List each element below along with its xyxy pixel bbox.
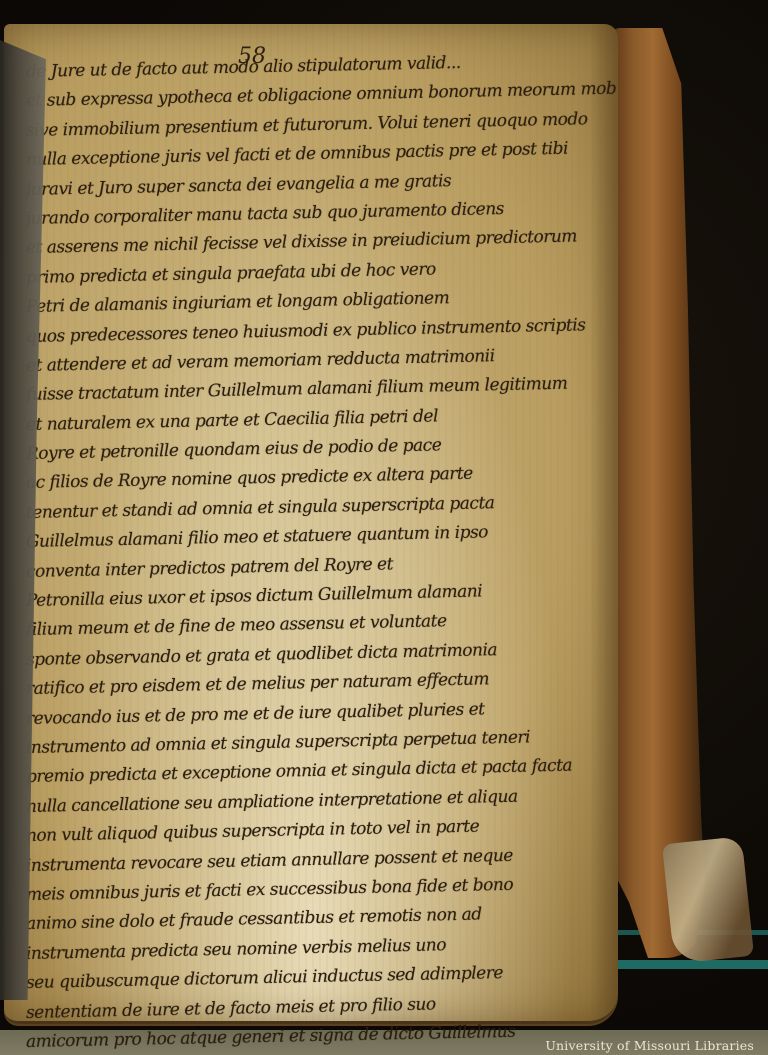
manuscript-page: 58 de Jure ut de facto aut modo alio sti…	[4, 24, 618, 1024]
teal-strip	[610, 960, 768, 969]
manuscript-line: amicorum pro hoc atque generi et signa d…	[26, 1016, 616, 1055]
manuscript-photo: 58 de Jure ut de facto aut modo alio sti…	[0, 0, 768, 1055]
binding-tab	[662, 836, 754, 964]
handwritten-text-block: de Jure ut de facto aut modo alio stipul…	[26, 58, 616, 1055]
leather-binding	[610, 28, 705, 958]
manuscript-line: sententiam de iure et de facto meis et p…	[26, 986, 616, 1028]
credit-watermark: University of Missouri Libraries	[545, 1038, 754, 1053]
